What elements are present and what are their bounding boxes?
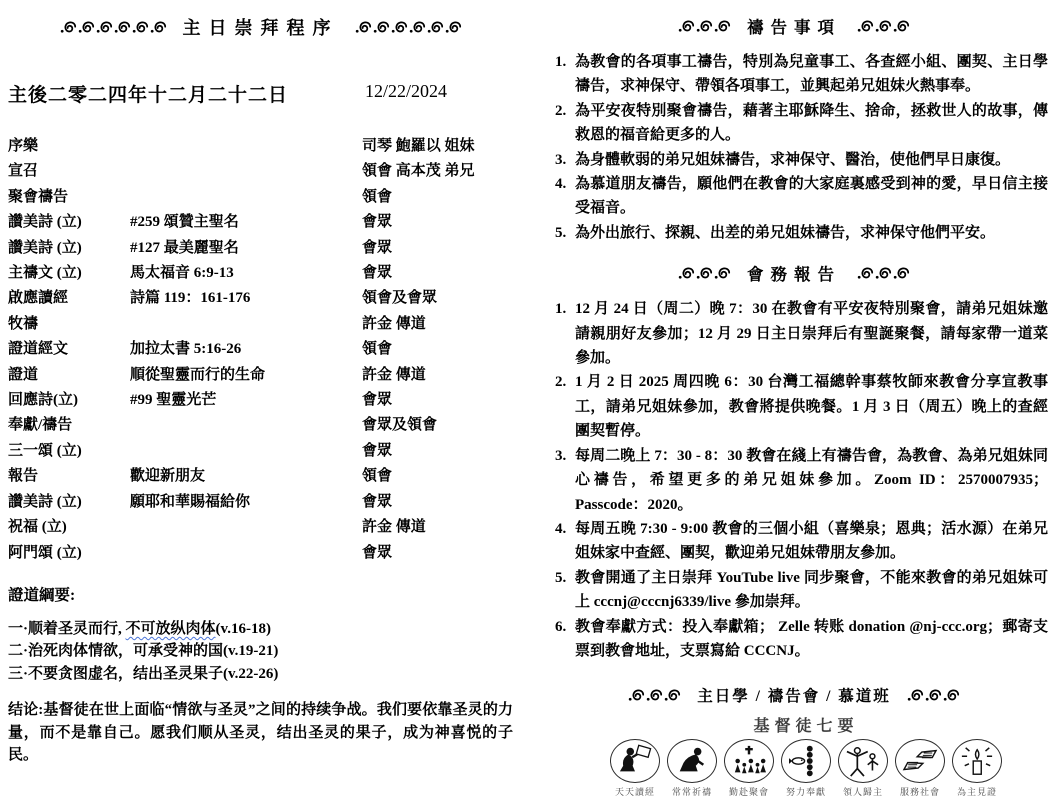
essential-prayer: 常常祈禱 (666, 739, 718, 798)
program-item-detail: 詩篇 119：161-176 (130, 286, 362, 311)
program-row: 牧禱 許金 傳道 (8, 312, 513, 337)
program-item-person: 會眾 (362, 261, 513, 286)
announcements-column: 禱告事項 為教會的各項事工禱告，特別為兒童事工、各查經小組、團契、主日學禱告，求… (540, 0, 1048, 798)
essential-label: 常常祈禱 (672, 785, 712, 798)
program-row: 讚美詩 (立) 願耶和華賜福給你 會眾 (8, 490, 513, 515)
scroll-ornament-icon (857, 267, 910, 280)
sermon-outline: 一·顺着圣灵而行, 不可放纵肉体(v.16-18) 二·治死肉体情欲，可承受神的… (8, 618, 513, 686)
scroll-ornament-icon (678, 267, 731, 280)
essential-label: 為主見證 (957, 785, 997, 798)
program-item-detail: #127 最美麗聖名 (130, 236, 362, 261)
announcement-item: 教會開通了主日崇拜 YouTube live 同步聚會，不能來教會的弟兄姐妹可上… (570, 566, 1048, 615)
prayer-item: 為教會的各項事工禱告，特別為兒童事工、各查經小組、團契、主日學禱告，求神保守、帶… (570, 50, 1048, 99)
worship-order-title-row: 主日崇拜程序 (8, 14, 513, 40)
program-item-label: 啟應讀經 (8, 286, 130, 311)
program-row: 讚美詩 (立) #127 最美麗聖名 會眾 (8, 236, 513, 261)
prayer-item: 為平安夜特別聚會禱告，藉著主耶穌降生、捨命，拯救世人的故事，傳救恩的福音給更多的… (570, 99, 1048, 148)
outline-point-1-text: 一·顺着圣灵而行, (8, 621, 126, 637)
essential-service: 服務社會 (894, 739, 946, 798)
program-item-person: 許金 傳道 (362, 363, 513, 388)
prayer-items-heading: 禱告事項 (747, 14, 841, 38)
lead-to-lord-icon (838, 739, 888, 783)
program-item-person: 會眾 (362, 490, 513, 515)
bible-reading-icon (610, 739, 660, 783)
scroll-ornament-icon (628, 689, 681, 702)
program-row: 證道 順從聖靈而行的生命 許金 傳道 (8, 363, 513, 388)
program-item-label: 證道 (8, 363, 130, 388)
program-row: 祝福 (立) 許金 傳道 (8, 515, 513, 540)
program-item-label: 三一頌 (立) (8, 439, 130, 464)
program-row: 阿門頌 (立) 會眾 (8, 541, 513, 566)
prayer-item: 為外出旅行、探親、出差的弟兄姐妹禱告，求神保守他們平安。 (570, 221, 1048, 245)
prayer-items-heading-row: 禱告事項 (540, 14, 1048, 38)
program-item-person: 司琴 鮑羅以 姐妹 (362, 134, 513, 159)
prayer-item: 為慕道朋友禱告，願他們在教會的大家庭裏感受到神的愛，早日信主接受福音。 (570, 172, 1048, 221)
program-row: 宣召 領會 高本茂 弟兄 (8, 159, 513, 184)
program-item-label: 祝福 (立) (8, 515, 130, 540)
program-item-person: 許金 傳道 (362, 515, 513, 540)
sermon-conclusion: 结论:基督徒在世上面临“情欲与圣灵”之间的持续争战。我们要依靠圣灵的力量，而不是… (8, 699, 513, 766)
program-table: 序樂 司琴 鮑羅以 姐妹 宣召 領會 高本茂 弟兄 聚會禱告 領會 (8, 134, 513, 566)
program-item-detail: #259 頌贊主聖名 (130, 210, 362, 235)
program-item-detail (130, 541, 362, 566)
program-item-person: 會眾 (362, 388, 513, 413)
seven-essentials: 基督徒七要 天天讀經 (540, 713, 1048, 798)
program-item-label: 牧禱 (8, 312, 130, 337)
program-item-detail (130, 185, 362, 210)
program-item-label: 報告 (8, 464, 130, 489)
program-item-person: 會眾及領會 (362, 413, 513, 438)
scroll-ornament-icon (355, 21, 462, 34)
praying-icon (667, 739, 717, 783)
program-item-person: 會眾 (362, 439, 513, 464)
program-item-label: 阿門頌 (立) (8, 541, 130, 566)
prayer-items-list: 為教會的各項事工禱告，特別為兒童事工、各查經小組、團契、主日學禱告，求神保守、帶… (540, 50, 1048, 245)
program-item-person: 領會及會眾 (362, 286, 513, 311)
outline-point-1: 一·顺着圣灵而行, 不可放纵肉体(v.16-18) (8, 618, 513, 641)
announcement-item: 每周五晚 7:30 - 9:00 教會的三個小組（喜樂泉；恩典；活水源）在弟兄姐… (570, 517, 1048, 566)
outline-point-1-verses: (v.16-18) (216, 621, 271, 637)
program-item-label: 讚美詩 (立) (8, 490, 130, 515)
outline-point-3: 三·不要贪图虚名，结出圣灵果子(v.22-26) (8, 663, 513, 686)
program-row: 證道經文 加拉太書 5:16-26 領會 (8, 337, 513, 362)
essential-offering: 努力奉獻 (780, 739, 832, 798)
essential-label: 服務社會 (900, 785, 940, 798)
program-item-label: 序樂 (8, 134, 130, 159)
program-item-detail (130, 159, 362, 184)
program-item-label: 宣召 (8, 159, 130, 184)
program-item-person: 會眾 (362, 210, 513, 235)
scroll-ornament-icon (907, 689, 960, 702)
program-item-detail (130, 312, 362, 337)
scroll-ornament-icon (857, 20, 910, 33)
program-item-person: 許金 傳道 (362, 312, 513, 337)
program-item-person: 領會 (362, 337, 513, 362)
essential-evangelism: 領人歸主 (837, 739, 889, 798)
seven-essentials-title: 基督徒七要 (564, 713, 1048, 736)
sermon-outline-heading: 證道綱要: (8, 583, 513, 605)
program-row: 序樂 司琴 鮑羅以 姐妹 (8, 134, 513, 159)
scroll-ornament-icon (678, 20, 731, 33)
announcement-item: 教會奉獻方式：投入奉獻箱； Zelle 转账 donation @nj-ccc.… (570, 615, 1048, 664)
worship-order-column: 主日崇拜程序 主後二零二四年十二月二十二日 12/22/2024 序樂 司琴 鮑… (8, 0, 513, 766)
date-numeric: 12/22/2024 (365, 81, 447, 102)
program-item-label: 奉獻/禱告 (8, 413, 130, 438)
program-item-person: 領會 (362, 464, 513, 489)
program-item-label: 主禱文 (立) (8, 261, 130, 286)
helping-hands-icon (895, 739, 945, 783)
date-row: 主後二零二四年十二月二十二日 12/22/2024 (8, 80, 513, 106)
program-row: 讚美詩 (立) #259 頌贊主聖名 會眾 (8, 210, 513, 235)
announcement-item: 每周二晚上 7：30 - 8：30 教會在綫上有禱告會，為教會、為弟兄姐妹同心禱… (570, 444, 1048, 517)
essential-reading: 天天讀經 (609, 739, 661, 798)
essential-label: 天天讀經 (615, 785, 655, 798)
program-item-detail: 願耶和華賜福給你 (130, 490, 362, 515)
program-item-person: 領會 高本茂 弟兄 (362, 159, 513, 184)
announcement-item: 12 月 24 日（周二）晚 7：30 在教會有平安夜特別聚會，請弟兄姐妹邀請親… (570, 297, 1048, 370)
program-item-label: 讚美詩 (立) (8, 210, 130, 235)
program-item-label: 回應詩(立) (8, 388, 130, 413)
page-title: 主日崇拜程序 (183, 14, 339, 40)
prayer-item: 為身體軟弱的弟兄姐妹禱告，求神保守、醫治，使他們早日康復。 (570, 148, 1048, 172)
church-affairs-heading: 會務報告 (747, 261, 841, 285)
program-item-detail (130, 515, 362, 540)
church-affairs-list: 12 月 24 日（周二）晚 7：30 在教會有平安夜特別聚會，請弟兄姐妹邀請親… (540, 297, 1048, 663)
loaves-and-fish-icon (781, 739, 831, 783)
program-item-detail (130, 439, 362, 464)
program-row: 報告 歡迎新朋友 領會 (8, 464, 513, 489)
program-item-detail: #99 聖靈光芒 (130, 388, 362, 413)
program-row: 啟應讀經 詩篇 119：161-176 領會及會眾 (8, 286, 513, 311)
essential-label: 努力奉獻 (786, 785, 826, 798)
program-item-detail: 馬太福音 6:9-13 (130, 261, 362, 286)
church-gathering-icon (724, 739, 774, 783)
essential-gathering: 勤赴聚會 (723, 739, 775, 798)
essential-label: 勤赴聚會 (729, 785, 769, 798)
program-item-detail: 加拉太書 5:16-26 (130, 337, 362, 362)
outline-point-2: 二·治死肉体情欲，可承受神的国(v.19-21) (8, 640, 513, 663)
spellcheck-wavy-underline-text: 不可放纵肉体 (126, 621, 216, 637)
program-item-detail (130, 413, 362, 438)
program-row: 奉獻/禱告 會眾及領會 (8, 413, 513, 438)
program-row: 回應詩(立) #99 聖靈光芒 會眾 (8, 388, 513, 413)
bulletin-page: 主日崇拜程序 主後二零二四年十二月二十二日 12/22/2024 序樂 司琴 鮑… (0, 0, 1057, 798)
program-row: 聚會禱告 領會 (8, 185, 513, 210)
program-row: 主禱文 (立) 馬太福音 6:9-13 會眾 (8, 261, 513, 286)
program-item-label: 聚會禱告 (8, 185, 130, 210)
classes-heading-row: 主日學 / 禱告會 / 慕道班 (540, 684, 1048, 706)
program-row: 三一頌 (立) 會眾 (8, 439, 513, 464)
date-chinese: 主後二零二四年十二月二十二日 (8, 85, 288, 106)
essential-label: 領人歸主 (843, 785, 883, 798)
program-item-label: 證道經文 (8, 337, 130, 362)
scroll-ornament-icon (60, 21, 167, 34)
classes-heading: 主日學 / 禱告會 / 慕道班 (697, 684, 891, 706)
announcement-item: 1 月 2 日 2025 周四晚 6：30 台灣工福總幹事蔡牧師來教會分享宣教事… (570, 370, 1048, 443)
church-affairs-heading-row: 會務報告 (540, 261, 1048, 285)
candle-witness-icon (952, 739, 1002, 783)
program-item-label: 讚美詩 (立) (8, 236, 130, 261)
program-item-person: 會眾 (362, 236, 513, 261)
essential-witness: 為主見證 (951, 739, 1003, 798)
seven-essentials-icons: 天天讀經 常常祈禱 (564, 739, 1048, 798)
program-item-detail (130, 134, 362, 159)
program-item-person: 會眾 (362, 541, 513, 566)
program-item-person: 領會 (362, 185, 513, 210)
program-item-detail: 順從聖靈而行的生命 (130, 363, 362, 388)
program-item-detail: 歡迎新朋友 (130, 464, 362, 489)
